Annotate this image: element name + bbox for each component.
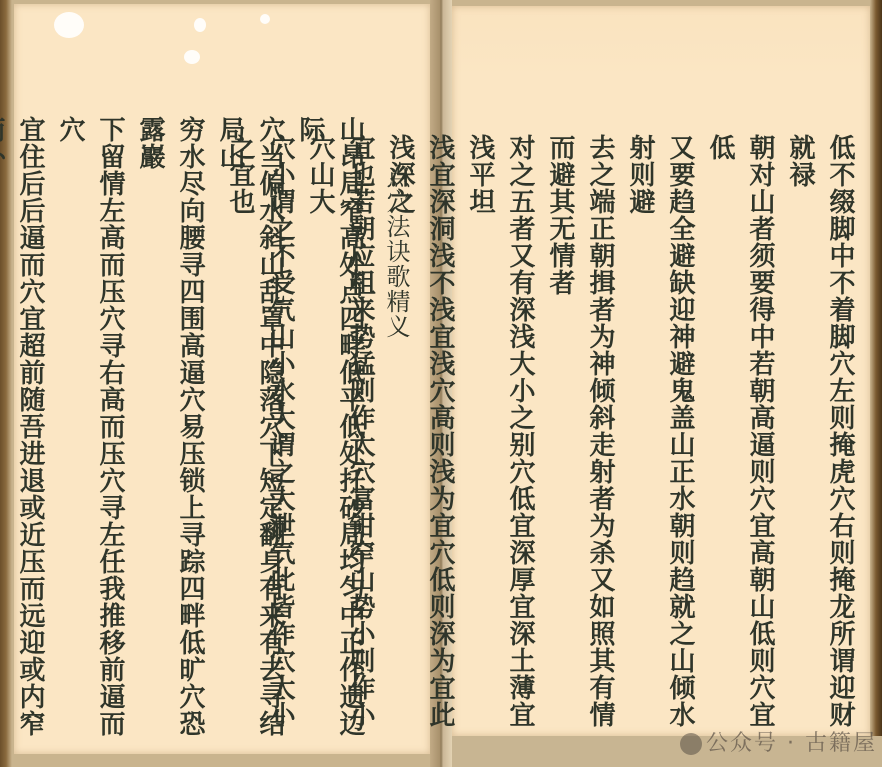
paper-stain (194, 18, 206, 32)
paper-stain (260, 14, 270, 24)
text-column: 朝对山者须要得中若朝高逼则穴宜高朝山低则穴宜低 (700, 134, 780, 744)
watermark-text: 公众号 · 古籍屋 (706, 731, 877, 756)
text-column: 宜住后后逼而穴宜超前随吾进退或近压而远迎或内窄而外 (0, 116, 50, 756)
text-column: 去之端正朝揖者为神倾斜走射者为杀又如照其有情而避其无情者 (540, 134, 620, 744)
text-column: 下留情左高而压穴寻右高而压穴寻左任我推移前逼而穴 (50, 116, 130, 756)
watermark: 公众号 · 古籍屋 (680, 726, 877, 757)
text-column: 浅宜深洞浅不浅宜浅穴高则浅为宜穴低则深为宜此浅深之 (380, 134, 460, 744)
text-column: 穴小谓之不受气山小水大谓之大泄气此皆作穴大小之宜也 (220, 134, 300, 744)
book-spread: 点穴法诀歌精义 山昂局窄高处点四畔低平低处扦砂局均匀中正作遗边际 穴当偏水斜山乱… (0, 0, 882, 767)
wechat-logo-icon (680, 733, 702, 755)
text-column: 对之五者又有深浅大小之别穴低宜深厚宜深土薄宜浅平坦 (460, 134, 540, 744)
right-page: 低不缀脚中不着脚穴左则掩虎穴右则掩龙所谓迎财就禄 朝对山者须要得中若朝高逼则穴宜… (452, 6, 870, 736)
paper-stain (184, 50, 200, 64)
text-column: 低不缀脚中不着脚穴左则掩虎穴右则掩龙所谓迎财就禄 (780, 134, 860, 744)
text-column: 穷水尽向腰寻四围高逼穴易压锁上寻踪四畔低旷穴恐露巖 (130, 116, 210, 756)
right-page-text: 低不缀脚中不着脚穴左则掩虎穴右则掩龙所谓迎财就禄 朝对山者须要得中若朝高逼则穴宜… (452, 134, 860, 744)
paper-stain (54, 12, 84, 38)
text-column: 宜也若朝应粗来势猛则作大穴富钳窄山势小则作小穴山大 (300, 134, 380, 744)
text-column: 又要趋全避缺迎神避鬼盖山正水朝则趋就之山倾水射则避 (620, 134, 700, 744)
